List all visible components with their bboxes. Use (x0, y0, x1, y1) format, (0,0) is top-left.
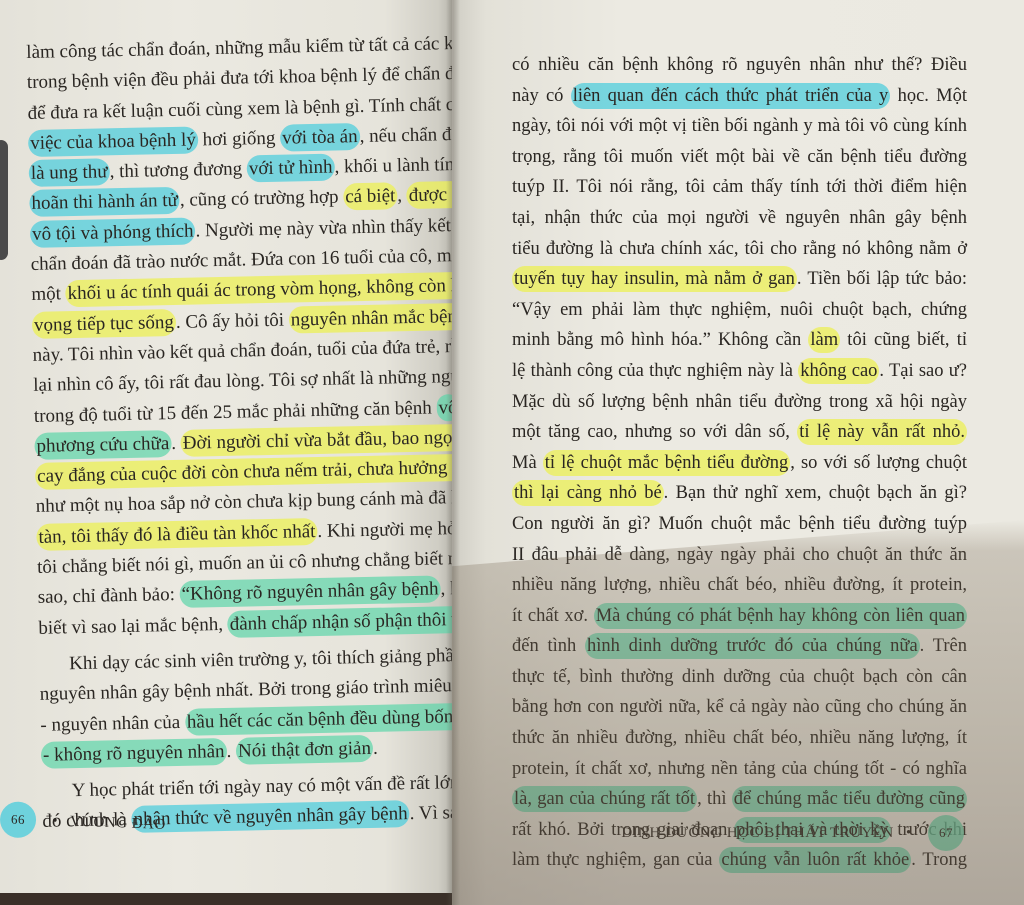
highlight-yellow: tuyến tụy hay insulin, mà nằm ở gan (512, 266, 797, 292)
text-segment: Y học phát triển tới ngày nay có một vấn… (72, 772, 465, 801)
highlight-yellow: Đời người chỉ vừa bắt đầu, bao ngọt bùi (180, 423, 488, 456)
text-line: tuyến tụy hay insulin, mà nằm ở gan. Tiề… (512, 264, 967, 295)
text-segment: minh bằng mô hình hóa.” Không cần (512, 330, 808, 350)
highlight-cyan: với tử hình (247, 154, 335, 183)
text-segment: nhiều năng lượng, nhiều chất béo, nhiều … (512, 575, 967, 595)
text-segment: trọng, rằng tôi muốn viết một bài về căn… (512, 147, 967, 167)
text-segment: nguyên nhân gây bệnh nhất. Bởi trong giá… (40, 675, 471, 705)
text-line: một tăng cao, nhưng so với dân số, tỉ lệ… (512, 417, 967, 448)
text-line: “Vậy em phải làm thực nghiệm, nuôi chuột… (512, 295, 967, 326)
text-line: thực tế, bình thường dinh dưỡng của chuộ… (512, 662, 967, 693)
text-segment: biết vì sao lại mắc bệnh, (38, 614, 228, 639)
text-line: nhiều năng lượng, nhiều chất béo, nhiều … (512, 570, 967, 601)
highlight-green: “Không rõ nguyên nhân gây bệnh (179, 576, 440, 608)
text-line: là, gan của chúng rất tốt, thì để chúng … (512, 784, 967, 815)
text-segment: hơi giống (198, 128, 281, 151)
text-segment: bằng hơn con người nữa, kể cả ngày nào c… (512, 697, 967, 717)
highlight-yellow: làm (808, 327, 840, 353)
left-page: làm công tác chẩn đoán, những mẫu kiểm t… (0, 0, 452, 893)
text-segment: Mà (512, 453, 543, 473)
highlight-green: hầu hết các căn bệnh đều dùng bốn chữ (185, 702, 489, 735)
highlight-cyan: hoãn thi hành án tử (29, 187, 180, 217)
text-segment: lại nhìn cô ấy, tôi rất đau lòng. Tôi sợ… (33, 366, 476, 396)
highlight-cyan: nhận thức về nguyên nhân gây bệnh (131, 801, 410, 834)
text-segment: . Trong (911, 850, 967, 870)
text-segment: . Bạn thử nghĩ xem, chuột bạch ăn gì? (664, 483, 967, 503)
text-segment: đến tình (512, 636, 585, 656)
text-segment: một (31, 284, 66, 306)
text-segment: tuýp II. Tôi nói rằng, tôi cảm thấy tính… (512, 177, 967, 197)
text-segment: lệ thành công của thực nghiệm này là (512, 361, 798, 381)
highlight-green: Nói thật đơn giản (236, 735, 374, 765)
text-segment: có nhiều căn bệnh không rõ nguyên nhân n… (512, 55, 967, 75)
text-segment: chẩn đoán đã trào nước mắt. Đứa con 16 t… (31, 245, 470, 275)
text-line: minh bằng mô hình hóa.” Không cần làm tô… (512, 325, 967, 356)
text-segment: . (373, 738, 378, 759)
text-segment: tôi chẳng biết nói gì, muốn an ủi cô như… (37, 548, 472, 578)
page-number-right: 67 (928, 815, 964, 851)
left-page-footer: 66 • VƯƠNG ĐÀO (0, 801, 166, 843)
author-name: VƯƠNG ĐÀO (70, 814, 166, 833)
highlight-cyan: vô tội và phóng thích (30, 217, 196, 247)
highlight-yellow: tàn, tôi thấy đó là điều tàn khốc nhất (36, 518, 318, 551)
text-segment: - nguyên nhân của (40, 711, 185, 735)
text-segment: để đưa ra kết luận cuối cùng xem là bệnh… (27, 93, 483, 124)
book-title: DINH DƯỠNG HỌC BỊ THẤT TRUYỀN (621, 825, 893, 841)
text-line: ít chất xơ. Mà chúng có phát bệnh hay kh… (512, 601, 967, 632)
highlight-green: phương cứu chữa (34, 430, 171, 460)
highlight-green: hình dinh dưỡng trước đó của chúng nữa (585, 633, 920, 659)
text-line: thức ăn nhiều đường, nhiều chất béo, nhi… (512, 723, 967, 754)
text-segment: làm thực nghiệm, gan của (512, 850, 719, 870)
text-segment: II đâu phải dễ dàng, ngày ngày phải cho … (512, 545, 967, 565)
text-line: protein, ít chất xơ, nhưng nền tảng của … (512, 754, 967, 785)
text-line: Con người ăn gì? Muốn chuột mắc bệnh tiể… (512, 509, 967, 540)
highlight-green: chúng vẫn luôn rất khỏe (719, 847, 911, 873)
text-segment: . Tại sao ư? (879, 361, 967, 381)
text-segment: làm công tác chẩn đoán, những mẫu kiểm t… (26, 32, 481, 63)
text-segment: . (171, 433, 181, 454)
highlight-green: để chúng mắc tiểu đường cũng (732, 786, 967, 812)
text-line: lệ thành công của thực nghiệm này là khô… (512, 356, 967, 387)
text-segment: thức ăn nhiều đường, nhiều chất béo, nhi… (512, 728, 967, 748)
text-segment: . Cô ấy hỏi tôi (176, 309, 289, 332)
text-line: II đâu phải dễ dàng, ngày ngày phải cho … (512, 540, 967, 571)
text-line: có nhiều căn bệnh không rõ nguyên nhân n… (512, 50, 967, 81)
open-book-photo: làm công tác chẩn đoán, những mẫu kiểm t… (0, 0, 1024, 905)
text-line: tại, nhận thức của mọi người về nguyên n… (512, 203, 967, 234)
highlight-yellow: không cao (798, 358, 879, 384)
text-segment: Con người ăn gì? Muốn chuột mắc bệnh tiể… (512, 514, 967, 534)
highlight-yellow: tỉ lệ chuột mắc bệnh tiểu đường (543, 450, 790, 476)
left-page-body: làm công tác chẩn đoán, những mẫu kiểm t… (26, 29, 465, 837)
text-segment: một tăng cao, nhưng so với dân số, (512, 422, 797, 442)
highlight-green: là, gan của chúng rất tốt (512, 786, 697, 812)
text-segment: này. Tôi nhìn vào kết quả chẩn đoán, tuổ… (32, 336, 466, 366)
text-segment: ngày, tôi nói với một vị tiền bối ngành … (512, 116, 967, 136)
text-segment: Khi dạy các sinh viên trường y, tôi thíc… (69, 645, 464, 674)
text-line: bằng hơn con người nữa, kể cả ngày nào c… (512, 692, 967, 723)
right-page-footer: DINH DƯỠNG HỌC BỊ THẤT TRUYỀN • 67 (621, 815, 964, 851)
text-segment: , thì (697, 789, 732, 809)
text-segment: học. Một (890, 86, 967, 106)
text-segment: , thì tương đương (109, 159, 247, 183)
right-page-body: có nhiều căn bệnh không rõ nguyên nhân n… (512, 50, 967, 876)
text-line: đến tình hình dinh dưỡng trước đó của ch… (512, 631, 967, 662)
text-segment: , cũng có trường hợp (180, 187, 344, 211)
text-line: Mặc dù số lượng bệnh nhân tiểu đường tro… (512, 387, 967, 418)
highlight-yellow: thì lại càng nhỏ bé (512, 480, 664, 506)
highlight-yellow: nguyên nhân mắc bệnh (288, 302, 468, 333)
text-segment: ít chất xơ. (512, 606, 594, 626)
text-segment: tiểu đường là chưa chính xác, tôi cho rằ… (512, 239, 967, 259)
text-line: tuýp II. Tôi nói rằng, tôi cảm thấy tính… (512, 172, 967, 203)
highlight-green: - không rõ nguyên nhân (41, 738, 227, 769)
highlight-cyan: với tòa án (280, 123, 360, 152)
text-segment: tại, nhận thức của mọi người về nguyên n… (512, 208, 967, 228)
highlight-yellow: tỉ lệ này vẫn rất nhỏ. (797, 419, 967, 445)
text-segment: , so với số lượng chuột (790, 453, 967, 473)
highlight-green: Mà chúng có phát bệnh hay không còn liên… (594, 603, 967, 629)
text-segment: protein, ít chất xơ, nhưng nền tảng của … (512, 759, 967, 779)
text-segment: sao, chỉ đành bảo: (38, 584, 180, 608)
highlight-yellow: vọng tiếp tục sống (32, 309, 176, 339)
text-segment: tôi cũng biết, tỉ (840, 330, 967, 350)
text-segment: trong bệnh viện đều phải đưa tới khoa bệ… (27, 63, 487, 94)
footer-separator: • (906, 825, 912, 841)
text-segment: này có (512, 86, 571, 106)
text-line: ngày, tôi nói với một vị tiền bối ngành … (512, 111, 967, 142)
text-segment: thực tế, bình thường dinh dưỡng của chuộ… (512, 667, 967, 687)
text-line: thì lại càng nhỏ bé. Bạn thử nghĩ xem, c… (512, 478, 967, 509)
highlight-cyan: là ung thư (29, 158, 110, 187)
text-line: Mà tỉ lệ chuột mắc bệnh tiểu đường, so v… (512, 448, 967, 479)
page-number-left: 66 (0, 801, 37, 838)
highlight-yellow: cá biệt (343, 183, 398, 211)
text-segment: . (226, 741, 236, 762)
text-line: trọng, rằng tôi muốn viết một bài về căn… (512, 142, 967, 173)
text-segment: trong độ tuổi từ 15 đến 25 mắc phải nhữn… (34, 397, 437, 426)
text-segment: Mặc dù số lượng bệnh nhân tiểu đường tro… (512, 392, 967, 412)
text-line: này có liên quan đến cách thức phát triể… (512, 81, 967, 112)
text-segment: . Tiền bối lập tức bảo: (797, 269, 967, 289)
text-segment: . Trên (920, 636, 967, 656)
text-segment: “Vậy em phải làm thực nghiệm, nuôi chuột… (512, 300, 967, 320)
text-line: tiểu đường là chưa chính xác, tôi cho rằ… (512, 234, 967, 265)
text-segment: . Người mẹ này vừa nhìn thấy kết quả (195, 214, 483, 241)
highlight-cyan: liên quan đến cách thức phát triển của y (571, 83, 891, 109)
text-segment: như một nụ hoa sắp nở còn chưa kịp bung … (36, 487, 472, 517)
right-page: có nhiều căn bệnh không rõ nguyên nhân n… (452, 0, 1024, 905)
footer-separator: • (52, 813, 58, 829)
highlight-cyan: việc của khoa bệnh lý (28, 126, 198, 157)
